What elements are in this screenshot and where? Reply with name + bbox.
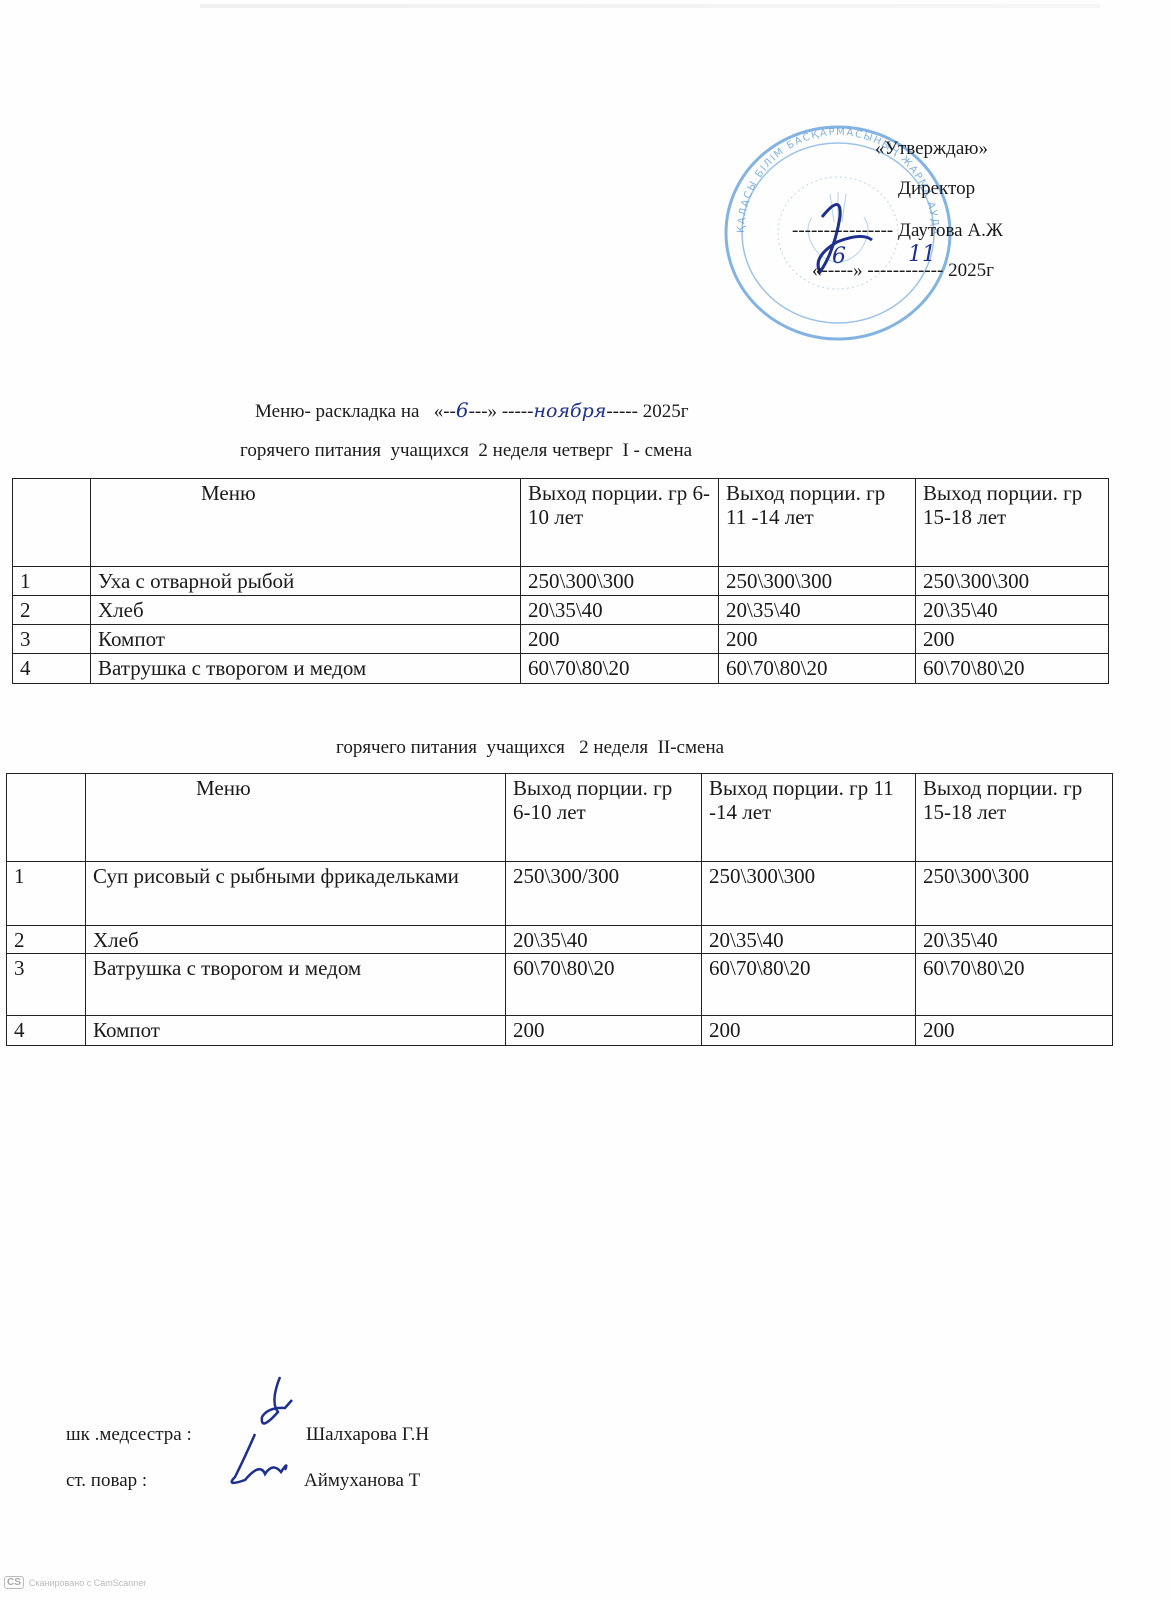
portion-yield: 200 <box>916 625 1109 654</box>
row-number: 4 <box>13 654 91 684</box>
portion-yield: 60\70\80\20 <box>916 954 1113 1016</box>
portion-yield: 60\70\80\20 <box>702 954 916 1016</box>
handwritten-month: ноября <box>533 400 606 422</box>
table-header-cell: Выход порции. гр 6-10 лет <box>506 774 702 862</box>
scan-edge-artifact <box>200 4 1100 8</box>
table-header-cell: Выход порции. гр 11 -14 лет <box>702 774 916 862</box>
portion-yield: 250\300/300 <box>506 862 702 926</box>
dish-name: Компот <box>86 1016 506 1046</box>
table-header-cell: Меню <box>91 479 521 567</box>
portion-yield: 250\300\300 <box>719 567 916 596</box>
dish-name: Компот <box>91 625 521 654</box>
table-header-cell: Выход порции. гр 11 -14 лет <box>719 479 916 567</box>
portion-yield: 250\300\300 <box>521 567 719 596</box>
handwritten-approval-day: 6 <box>832 244 846 269</box>
signature-cook: ст. повар : <box>66 1470 147 1492</box>
portion-yield: 200 <box>506 1016 702 1046</box>
menu-year: 2025г <box>643 401 689 422</box>
portion-yield: 60\70\80\20 <box>719 654 916 684</box>
row-number: 2 <box>13 596 91 625</box>
nurse-name: Шалхарова Г.Н <box>306 1424 429 1446</box>
table-row: 3Ватрушка с творогом и медом60\70\80\206… <box>7 954 1113 1016</box>
signature-nurse: шк .медсестра : <box>66 1424 192 1446</box>
row-number: 4 <box>7 1016 86 1046</box>
director-name: Даутова А.Ж <box>898 220 1003 241</box>
cook-name: Аймуханова Т <box>304 1470 420 1492</box>
dish-name: Хлеб <box>91 596 521 625</box>
portion-yield: 60\70\80\20 <box>916 654 1109 684</box>
shift1-menu-table: МенюВыход порции. гр 6-10 летВыход порци… <box>12 478 1109 684</box>
table-row: 4Компот200200200 <box>7 1016 1113 1046</box>
signature-role: шк .медсестра : <box>66 1424 192 1445</box>
portion-yield: 20\35\40 <box>916 926 1113 954</box>
table-row: 1Уха с отварной рыбой250\300\300250\300\… <box>13 567 1109 596</box>
signature-role: ст. повар : <box>66 1470 147 1491</box>
portion-yield: 250\300\300 <box>916 567 1109 596</box>
dish-name: Хлеб <box>86 926 506 954</box>
portion-yield: 60\70\80\20 <box>521 654 719 684</box>
table-row: 2Хлеб20\35\4020\35\4020\35\40 <box>13 596 1109 625</box>
portion-yield: 20\35\40 <box>521 596 719 625</box>
table-header-row: МенюВыход порции. гр 6-10 летВыход порци… <box>13 479 1109 567</box>
dish-name: Ватрушка с творогом и медом <box>86 954 506 1016</box>
dish-name: Ватрушка с творогом и медом <box>91 654 521 684</box>
table-row: 1Суп рисовый с рыбными фрикадельками250\… <box>7 862 1113 926</box>
table-header-cell <box>13 479 91 567</box>
approve-label: «Утверждаю» <box>875 138 988 160</box>
handwritten-approval-month: 11 <box>908 242 936 267</box>
table-header-cell: Выход порции. гр 15-18 лет <box>916 774 1113 862</box>
menu-title: Меню- раскладка на «--6---» -----ноября-… <box>255 398 689 423</box>
portion-yield: 250\300\300 <box>916 862 1113 926</box>
portion-yield: 200 <box>521 625 719 654</box>
portion-yield: 20\35\40 <box>702 926 916 954</box>
table-row: 4Ватрушка с творогом и медом60\70\80\206… <box>13 654 1109 684</box>
row-number: 3 <box>7 954 86 1016</box>
shift1-subtitle: горячего питания учащихся 2 неделя четве… <box>240 440 692 462</box>
portion-yield: 20\35\40 <box>719 596 916 625</box>
portion-yield: 20\35\40 <box>916 596 1109 625</box>
table-row: 3Компот200200200 <box>13 625 1109 654</box>
dish-name: Суп рисовый с рыбными фрикадельками <box>86 862 506 926</box>
director-signature-line: ---------------- Даутова А.Ж <box>792 220 1003 242</box>
director-position: Директор <box>898 178 975 200</box>
portion-yield: 60\70\80\20 <box>506 954 702 1016</box>
table-header-cell: Меню <box>86 774 506 862</box>
row-number: 3 <box>13 625 91 654</box>
portion-yield: 250\300\300 <box>702 862 916 926</box>
camscanner-logo-icon: CS <box>4 1576 24 1589</box>
handwritten-day: 6 <box>456 398 469 422</box>
portion-yield: 200 <box>916 1016 1113 1046</box>
portion-yield: 200 <box>719 625 916 654</box>
shift2-menu-table: МенюВыход порции. гр 6-10 летВыход порци… <box>6 773 1113 1046</box>
table-row: 2Хлеб20\35\4020\35\4020\35\40 <box>7 926 1113 954</box>
row-number: 1 <box>13 567 91 596</box>
shift2-subtitle: горячего питания учащихся 2 неделя II-см… <box>336 737 724 759</box>
table-header-row: МенюВыход порции. гр 6-10 летВыход порци… <box>7 774 1113 862</box>
portion-yield: 20\35\40 <box>506 926 702 954</box>
row-number: 1 <box>7 862 86 926</box>
cook-signature-scribble <box>215 1432 295 1492</box>
row-number: 2 <box>7 926 86 954</box>
camscanner-watermark: CS Сканировано с CamScanner <box>4 1576 146 1589</box>
approval-year: 2025г <box>948 260 994 281</box>
table-header-cell: Выход порции. гр 6-10 лет <box>521 479 719 567</box>
table-header-cell <box>7 774 86 862</box>
portion-yield: 200 <box>702 1016 916 1046</box>
table-header-cell: Выход порции. гр 15-18 лет <box>916 479 1109 567</box>
dish-name: Уха с отварной рыбой <box>91 567 521 596</box>
